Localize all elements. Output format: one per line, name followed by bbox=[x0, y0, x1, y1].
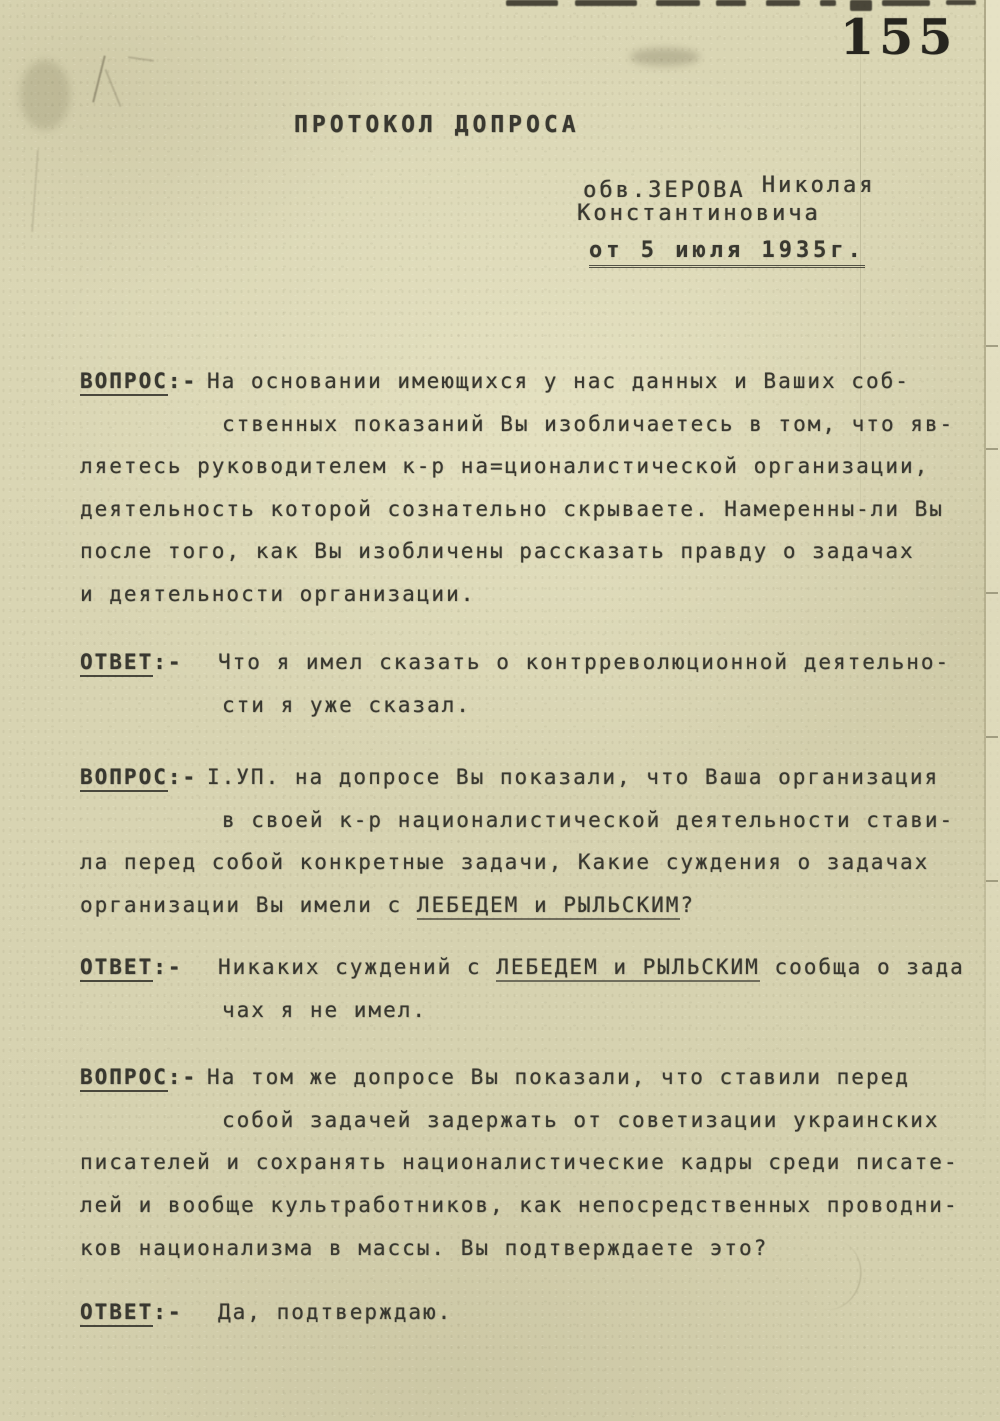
question-label: ВОПРОС:- bbox=[80, 366, 197, 396]
answer-label: ОТВЕТ:- bbox=[80, 1297, 183, 1327]
question-line: ков национализма в массы. Вы подтверждае… bbox=[80, 1233, 768, 1263]
answer-label: ОТВЕТ:- bbox=[80, 647, 183, 677]
question-line: в своей к-р националистической деятельно… bbox=[222, 805, 954, 835]
question-label: ВОПРОС:- bbox=[80, 762, 197, 792]
question-line: ляетесь руководителем к-р на=ционалистич… bbox=[80, 451, 929, 481]
question-line: после того, как Вы изобличены рассказать… bbox=[80, 536, 915, 566]
question-label-punct: :- bbox=[168, 369, 197, 393]
edge-tick bbox=[986, 448, 998, 450]
question-line: и деятельности организации. bbox=[80, 579, 475, 609]
pencil-scratch bbox=[92, 55, 106, 102]
question-line: собой задачей задержать от советизации у… bbox=[222, 1105, 940, 1135]
answer-text: Никаких суждений с bbox=[218, 955, 496, 979]
accused-name-block: обв.ЗЕРОВА Николая Константиновича bbox=[583, 179, 875, 225]
question-line: I.УП. на допросе Вы показали, что Ваша о… bbox=[207, 762, 939, 792]
ink-fragment bbox=[575, 0, 637, 6]
ink-fragment bbox=[656, 0, 700, 6]
question-text: организации Вы имели с bbox=[80, 893, 417, 917]
question-label-punct: :- bbox=[168, 1065, 197, 1089]
answer-line: Да, подтверждаю. bbox=[218, 1297, 452, 1327]
underlined-names: ЛЕБЕДЕМ и РЫЛЬСКИМ bbox=[417, 893, 681, 920]
ink-fragment bbox=[716, 0, 746, 6]
edge-tick bbox=[986, 880, 998, 882]
pencil-scratch bbox=[31, 150, 39, 232]
document-title: ПРОТОКОЛ ДОПРОСА bbox=[294, 112, 580, 138]
answer-label-word: ОТВЕТ bbox=[80, 1300, 153, 1327]
question-label-punct: :- bbox=[168, 765, 197, 789]
question-text: ? bbox=[680, 893, 695, 917]
stain bbox=[20, 60, 70, 130]
answer-label: ОТВЕТ:- bbox=[80, 952, 183, 982]
answer-label-punct: :- bbox=[153, 955, 182, 979]
question-line: лей и вообще культработников, как непоср… bbox=[80, 1190, 959, 1220]
question-label: ВОПРОС:- bbox=[80, 1062, 197, 1092]
question-line: писателей и сохранять националистические… bbox=[80, 1147, 959, 1177]
page-number: 155 bbox=[840, 8, 957, 66]
page-edge-strip bbox=[986, 0, 1000, 1150]
page-edge-line bbox=[984, 0, 986, 1150]
accused-prefix: обв.ЗЕРОВА bbox=[583, 178, 762, 203]
answer-line: Никаких суждений с ЛЕБЕДЕМ и РЫЛЬСКИМ со… bbox=[218, 952, 965, 982]
answer-text: сообща о зада bbox=[760, 955, 965, 979]
question-line: На основании имеющихся у нас данных и Ва… bbox=[207, 366, 910, 396]
answer-label-word: ОТВЕТ bbox=[80, 955, 153, 982]
ink-fragment bbox=[882, 0, 930, 6]
edge-tick bbox=[986, 592, 998, 594]
question-label-word: ВОПРОС bbox=[80, 765, 168, 792]
underlined-names: ЛЕБЕДЕМ и РЫЛЬСКИМ bbox=[496, 955, 760, 982]
ink-fragment bbox=[506, 0, 558, 6]
answer-label-punct: :- bbox=[153, 1300, 182, 1324]
question-line: организации Вы имели с ЛЕБЕДЕМ и РЫЛЬСКИ… bbox=[80, 890, 695, 920]
ink-fragment bbox=[766, 0, 800, 6]
document-page: 155 ПРОТОКОЛ ДОПРОСА обв.ЗЕРОВА Николая … bbox=[0, 0, 1000, 1421]
ink-fragment bbox=[946, 0, 976, 5]
question-line: деятельность которой сознательно скрывае… bbox=[80, 494, 944, 524]
answer-label-punct: :- bbox=[153, 650, 182, 674]
question-line: ла перед собой конкретные задачи, Какие … bbox=[80, 847, 929, 877]
answer-label-word: ОТВЕТ bbox=[80, 650, 153, 677]
answer-line: Что я имел сказать о контрреволюционной … bbox=[218, 647, 950, 677]
question-label-word: ВОПРОС bbox=[80, 369, 168, 396]
answer-line: чах я не имел. bbox=[222, 995, 427, 1025]
protocol-date: от 5 июля 1935г. bbox=[589, 238, 865, 268]
question-line: На том же допросе Вы показали, что стави… bbox=[207, 1062, 910, 1092]
accused-patronymic: Константиновича bbox=[577, 201, 821, 226]
paper-scratch bbox=[792, 1234, 868, 1317]
accused-firstname: Николая bbox=[762, 173, 876, 198]
edge-tick bbox=[986, 736, 998, 738]
pencil-scratch bbox=[128, 56, 154, 62]
pencil-scratch bbox=[105, 69, 122, 107]
answer-line: сти я уже сказал. bbox=[222, 690, 471, 720]
question-line: ственных показаний Вы изобличаетесь в то… bbox=[222, 409, 954, 439]
edge-tick bbox=[986, 345, 998, 347]
ink-smudge bbox=[630, 48, 700, 66]
ink-fragment bbox=[820, 0, 836, 6]
question-label-word: ВОПРОС bbox=[80, 1065, 168, 1092]
